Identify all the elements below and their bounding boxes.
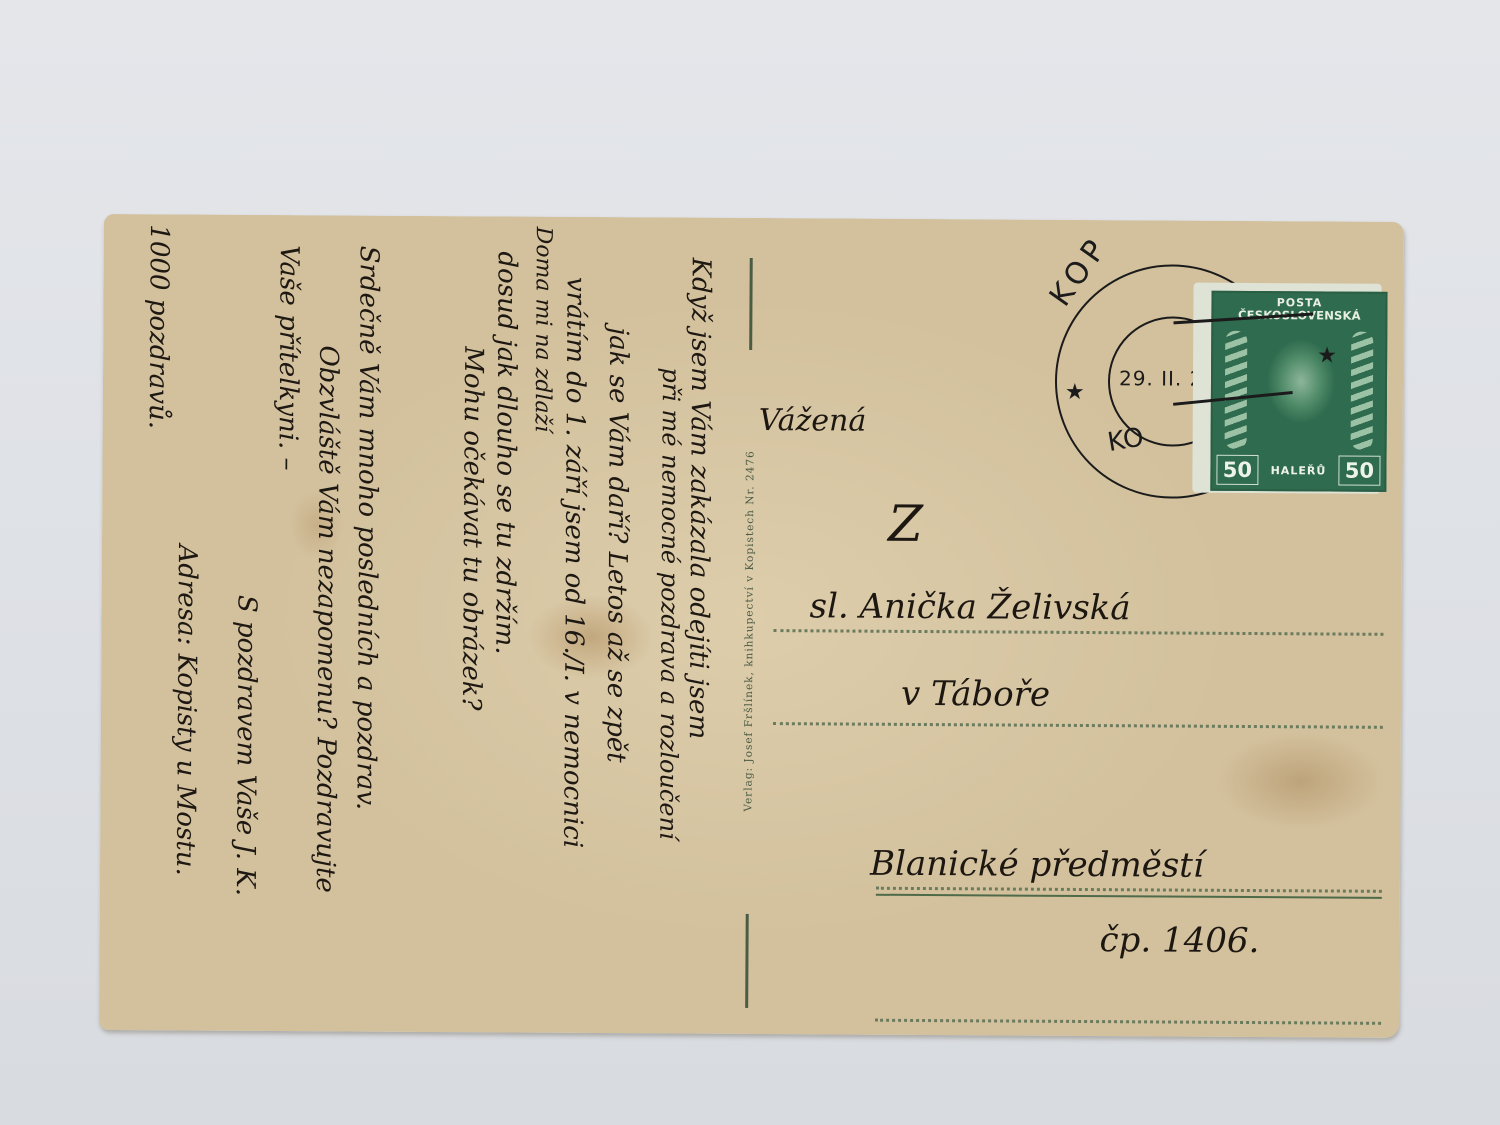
message-line: vrátím do 1. září jsem od 16./I. v nemoc… xyxy=(557,277,590,848)
stamp-value-left: 50 xyxy=(1216,455,1258,485)
address-rule xyxy=(876,894,1382,899)
message-line: S pozdravem Vaše J. K. xyxy=(230,595,262,896)
divider-line-bottom xyxy=(745,914,749,1008)
message-line: Obzvláště Vám nezapomenu? Pozdravujte xyxy=(310,345,343,893)
postcard: Verlag: Josef Fršlínek, knihkupectví v K… xyxy=(99,214,1404,1038)
stamp-currency: HALEŘŮ xyxy=(1271,464,1327,477)
address-line-street: Blanické předměstí xyxy=(870,844,1204,886)
salutation: Vážená xyxy=(759,403,867,439)
message-line: jak se Vám daří? Letos až se zpět xyxy=(601,327,634,763)
address-line-name: sl. Anička Želivská xyxy=(809,586,1130,628)
address-honorific: Z xyxy=(888,495,923,553)
address-dotted-line xyxy=(876,887,1382,893)
stamp-value-right: 50 xyxy=(1338,456,1380,486)
message-line: Adresa: Kopisty u Mostu. xyxy=(170,544,202,875)
address-line-number: čp. 1406. xyxy=(1099,920,1259,961)
address-line-city: v Táboře xyxy=(901,674,1050,715)
postmark-town-bottom: KO xyxy=(1105,422,1146,458)
laurel-right-icon xyxy=(1351,332,1374,450)
message-line: při mé nemocné pozdrava a rozloučení xyxy=(654,367,685,839)
stamp-value-row: 50 HALEŘŮ 50 xyxy=(1216,455,1380,486)
message-line: Vaše přítelkyni. – xyxy=(272,245,303,471)
message-line: 1000 pozdravů. xyxy=(143,224,174,429)
message-line: Doma mi na zdlaží xyxy=(530,227,556,433)
publisher-imprint: Verlag: Josef Fršlínek, knihkupectví v K… xyxy=(742,450,756,811)
address-dotted-line xyxy=(773,629,1383,636)
message-line: Mohu očekávat tu obrázek? xyxy=(456,346,488,710)
laurel-left-icon xyxy=(1225,331,1248,449)
message-line: Když jsem Vám zakázala odejíti jsem xyxy=(683,258,716,740)
star-icon: ★ xyxy=(1317,343,1337,368)
message-line: dosud jak dlouho se tu zdržím. xyxy=(489,251,521,654)
address-dotted-line xyxy=(875,1019,1381,1025)
divider-line-top xyxy=(749,258,753,350)
message-line: Srdečně Vám mnoho posledních a pozdrav. xyxy=(350,246,383,811)
address-dotted-line xyxy=(773,722,1383,729)
star-icon: ★ xyxy=(1065,380,1085,405)
stamp-face: POSTA ČESKOSLOVENSKÁ ★ 50 HALEŘŮ 50 xyxy=(1210,291,1387,492)
